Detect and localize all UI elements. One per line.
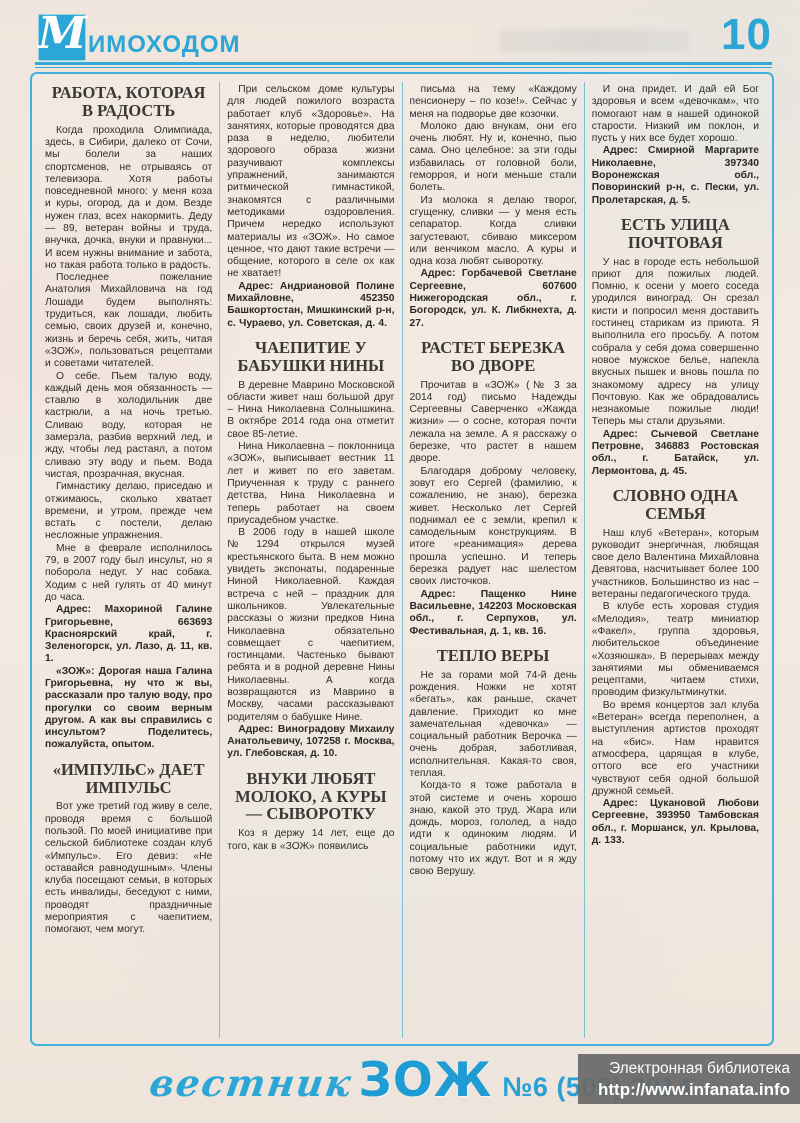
page-footer: вестник ЗОЖ №6 (500) 2014 Электронная би…: [0, 1047, 800, 1123]
header-rule-thick: [35, 62, 772, 65]
body-paragraph: Молоко даю внукам, они его очень любят. …: [410, 121, 577, 195]
logo-script-text: вестник: [147, 1061, 356, 1105]
article-headline: ВНУКИ ЛЮБЯТ МОЛОКО, А КУРЫ — СЫВОРОТКУ: [227, 770, 394, 823]
print-bleed-through: [500, 30, 690, 52]
body-paragraph: Благодаря доброму человеку, зовут его Се…: [410, 466, 577, 589]
body-paragraph: При сельском доме культуры для людей пож…: [227, 84, 394, 281]
body-paragraph: Когда проходила Олимпиада, здесь, в Сиби…: [45, 125, 212, 273]
article-headline: РАБОТА, КОТОРАЯ В РАДОСТЬ: [45, 84, 212, 120]
body-paragraph: В деревне Маврино Московской области жив…: [227, 380, 394, 441]
body-paragraph: Вот уже третий год живу в селе, проводя …: [45, 801, 212, 936]
body-paragraph: О себе. Пьем талую воду, каждый день моя…: [45, 371, 212, 482]
body-paragraph: И она придет. И дай ей Бог здоровья и вс…: [592, 84, 759, 145]
body-paragraph: Прочитав в «ЗОЖ» (№ 3 за 2014 год) письм…: [410, 380, 577, 466]
article-headline: «ИМПУЛЬС» ДАЕТ ИМПУЛЬС: [45, 761, 212, 797]
address-paragraph: Адрес: Горбачевой Светлане Сергеевне, 60…: [410, 268, 577, 329]
text-column-4: И она придет. И дай ей Бог здоровья и вс…: [585, 82, 766, 1038]
text-column-2: При сельском доме культуры для людей пож…: [220, 82, 402, 1038]
library-name: Электронная библиотека: [586, 1059, 790, 1079]
body-paragraph: В клубе есть хоровая студия «Мелодия», т…: [592, 601, 759, 699]
rubric-initial-logo: М: [38, 14, 86, 61]
article-headline: ЧАЕПИТИЕ У БАБУШКИ НИНЫ: [227, 339, 394, 375]
address-paragraph: Адрес: Махориной Галине Григорьевне, 663…: [45, 604, 212, 665]
address-paragraph: Адрес: Сычевой Светлане Петровне, 346883…: [592, 429, 759, 478]
text-column-1: РАБОТА, КОТОРАЯ В РАДОСТЬКогда проходила…: [38, 82, 220, 1038]
body-paragraph: Не за горами мой 74-й день рождения. Нож…: [410, 670, 577, 781]
content-frame: РАБОТА, КОТОРАЯ В РАДОСТЬКогда проходила…: [30, 72, 774, 1046]
address-paragraph: Адрес: Цукановой Любови Сергеевне, 39395…: [592, 798, 759, 847]
body-paragraph: письма на тему «Каждому пенсионеру – по …: [410, 84, 577, 121]
body-paragraph: У нас в городе есть небольшой приют для …: [592, 257, 759, 429]
library-url: http://www.infanata.info: [586, 1079, 790, 1101]
body-paragraph: Последнее пожелание Анатолия Михайловича…: [45, 272, 212, 370]
address-paragraph: Адрес: Пащенко Нине Васильевне, 142203 М…: [410, 589, 577, 638]
body-paragraph: Во время концертов зал клуба «Ветеран» в…: [592, 700, 759, 798]
article-headline: РАСТЕТ БЕРЕЗКА ВО ДВОРЕ: [410, 339, 577, 375]
body-paragraph: В 2006 году в нашей школе №1294 открылся…: [227, 527, 394, 724]
address-paragraph: Адрес: Виноградову Михаилу Анатольевичу,…: [227, 724, 394, 761]
text-column-3: письма на тему «Каждому пенсионеру – по …: [403, 82, 585, 1038]
rubric-masthead: М ИМОХОДОМ: [38, 14, 241, 61]
body-paragraph: Из молока я делаю творог, сгущенку, слив…: [410, 195, 577, 269]
body-paragraph: Мне в феврале исполнилось 79, в 2007 год…: [45, 543, 212, 604]
library-watermark: Электронная библиотека http://www.infana…: [578, 1054, 800, 1104]
rubric-title: ИМОХОДОМ: [88, 31, 241, 59]
body-paragraph: Когда-то я тоже работала в этой системе …: [410, 780, 577, 878]
address-paragraph: Адрес: Андриановой Полине Михайловне, 45…: [227, 281, 394, 330]
header-rule-thin: [35, 67, 772, 68]
body-paragraph: Коз я держу 14 лет, еще до того, как в «…: [227, 828, 394, 853]
address-paragraph: «ЗОЖ»: Дорогая наша Галина Григорьевна, …: [45, 666, 212, 752]
address-paragraph: Адрес: Смирной Маргарите Николаевне, 397…: [592, 145, 759, 206]
body-paragraph: Наш клуб «Ветеран», которым руководит эн…: [592, 528, 759, 602]
page-number: 10: [721, 10, 772, 60]
logo-block-text: ЗОЖ: [358, 1053, 492, 1108]
article-headline: СЛОВНО ОДНА СЕМЬЯ: [592, 487, 759, 523]
body-paragraph: Гимнастику делаю, приседаю и отжимаюсь, …: [45, 481, 212, 542]
body-paragraph: Нина Николаевна – поклонница «ЗОЖ», выпи…: [227, 441, 394, 527]
article-headline: ТЕПЛО ВЕРЫ: [410, 647, 577, 665]
article-headline: ЕСТЬ УЛИЦА ПОЧТОВАЯ: [592, 216, 759, 252]
